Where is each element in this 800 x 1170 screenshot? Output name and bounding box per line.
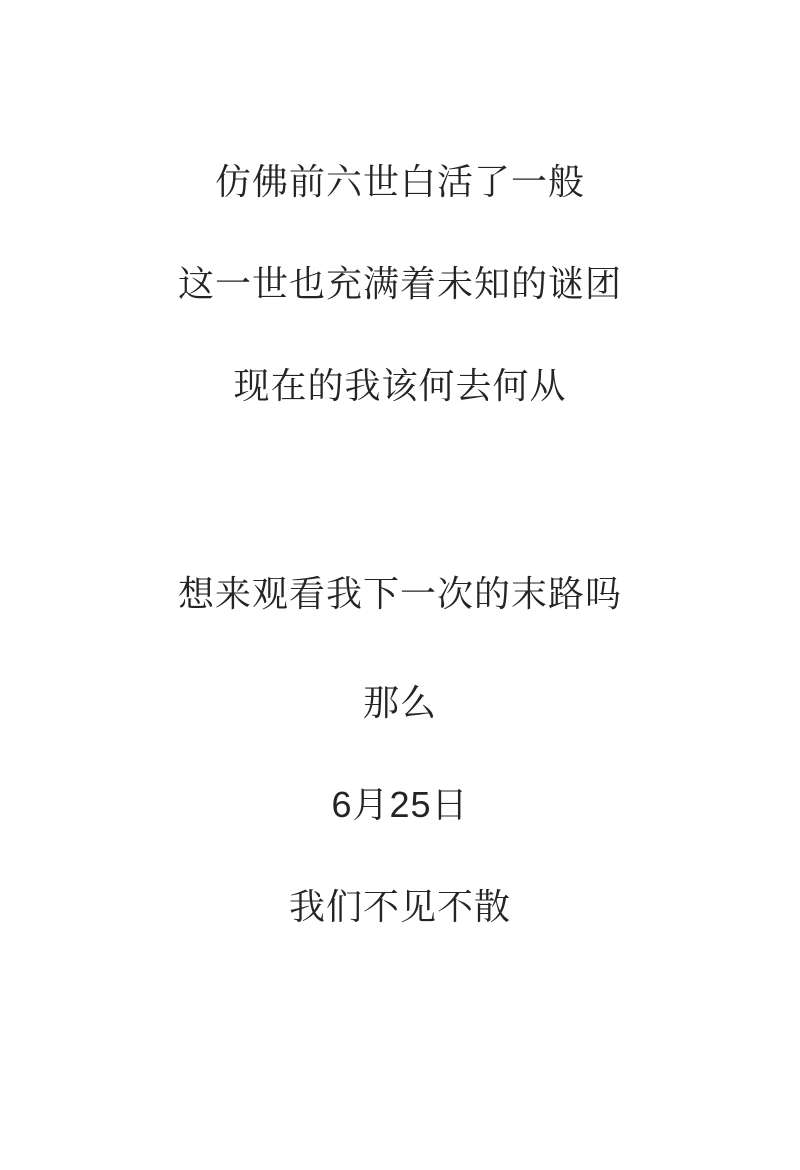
- text-stanza-1: 仿佛前六世白活了一般 这一世也充满着未知的谜团 现在的我该何去何从: [0, 164, 800, 470]
- text-line-date: 6月25日: [0, 787, 800, 823]
- text-line: 那么: [0, 685, 800, 721]
- text-line: 现在的我该何去何从: [0, 368, 800, 404]
- text-line: 想来观看我下一次的末路吗: [0, 576, 800, 612]
- text-line: 这一世也充满着未知的谜团: [0, 266, 800, 302]
- text-stanza-2: 想来观看我下一次的末路吗 那么 6月25日 我们不见不散: [0, 576, 800, 991]
- text-line: 我们不见不散: [0, 889, 800, 925]
- page: 仿佛前六世白活了一般 这一世也充满着未知的谜团 现在的我该何去何从 想来观看我下…: [0, 0, 800, 1170]
- text-line: 仿佛前六世白活了一般: [0, 164, 800, 200]
